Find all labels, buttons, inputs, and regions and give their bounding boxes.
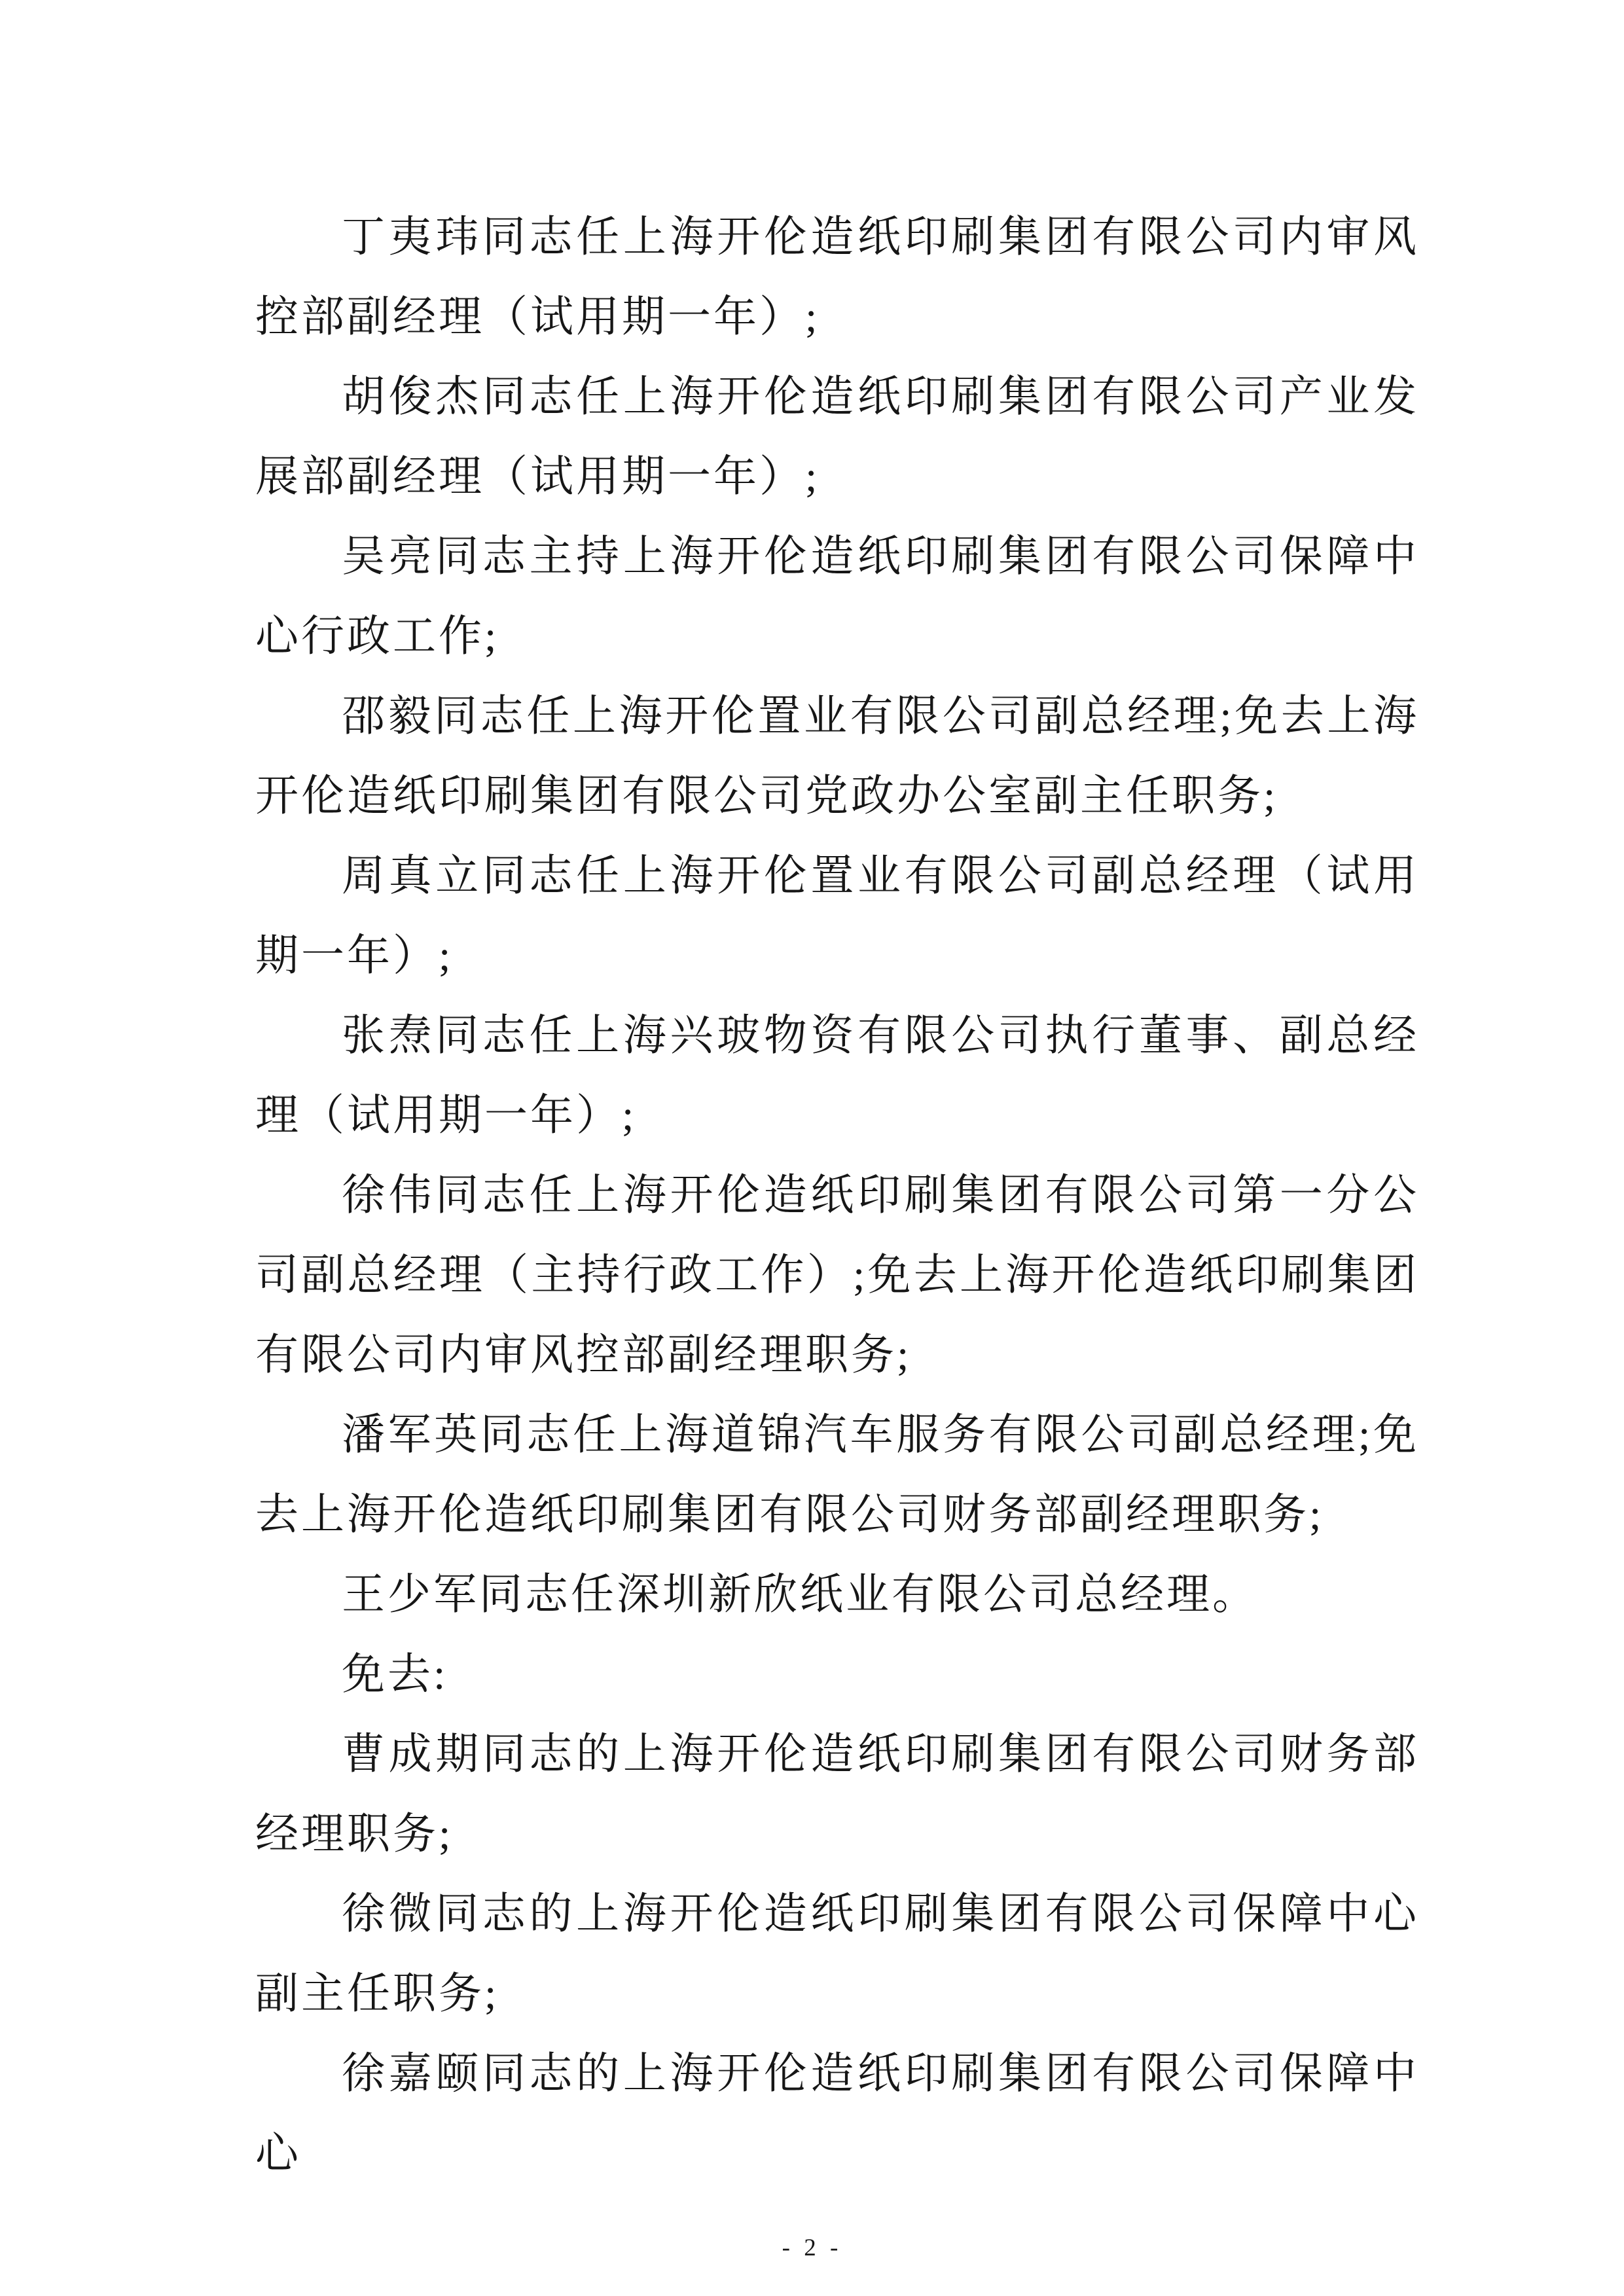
paragraph-appointment-8: 潘军英同志任上海道锦汽车服务有限公司副总经理;免去上海开伦造纸印刷集团有限公司财…	[255, 1395, 1419, 1555]
document-body: 丁夷玮同志任上海开伦造纸印刷集团有限公司内审风控部副经理（试用期一年）; 胡俊杰…	[255, 198, 1419, 2194]
paragraph-appointment-6: 张焘同志任上海兴玻物资有限公司执行董事、副总经理（试用期一年）;	[255, 996, 1419, 1156]
paragraph-appointment-2: 胡俊杰同志任上海开伦造纸印刷集团有限公司产业发展部副经理（试用期一年）;	[255, 357, 1419, 517]
page-number: - 2 -	[0, 2234, 1624, 2262]
paragraph-removal-2: 徐微同志的上海开伦造纸印刷集团有限公司保障中心副主任职务;	[255, 1874, 1419, 2034]
paragraph-appointment-5: 周真立同志任上海开伦置业有限公司副总经理（试用期一年）;	[255, 836, 1419, 996]
paragraph-removal-3: 徐嘉颐同志的上海开伦造纸印刷集团有限公司保障中心	[255, 2034, 1419, 2194]
paragraph-appointment-7: 徐伟同志任上海开伦造纸印刷集团有限公司第一分公司副总经理（主持行政工作）;免去上…	[255, 1156, 1419, 1395]
paragraph-appointment-1: 丁夷玮同志任上海开伦造纸印刷集团有限公司内审风控部副经理（试用期一年）;	[255, 198, 1419, 357]
paragraph-appointment-3: 吴亮同志主持上海开伦造纸印刷集团有限公司保障中心行政工作;	[255, 517, 1419, 677]
document-page: 丁夷玮同志任上海开伦造纸印刷集团有限公司内审风控部副经理（试用期一年）; 胡俊杰…	[0, 0, 1624, 2296]
paragraph-removal-1: 曹成期同志的上海开伦造纸印刷集团有限公司财务部经理职务;	[255, 1715, 1419, 1874]
paragraph-appointment-4: 邵毅同志任上海开伦置业有限公司副总经理;免去上海开伦造纸印刷集团有限公司党政办公…	[255, 677, 1419, 836]
paragraph-appointment-9: 王少军同志任深圳新欣纸业有限公司总经理。	[255, 1555, 1419, 1635]
paragraph-removal-heading: 免去:	[255, 1635, 1419, 1715]
